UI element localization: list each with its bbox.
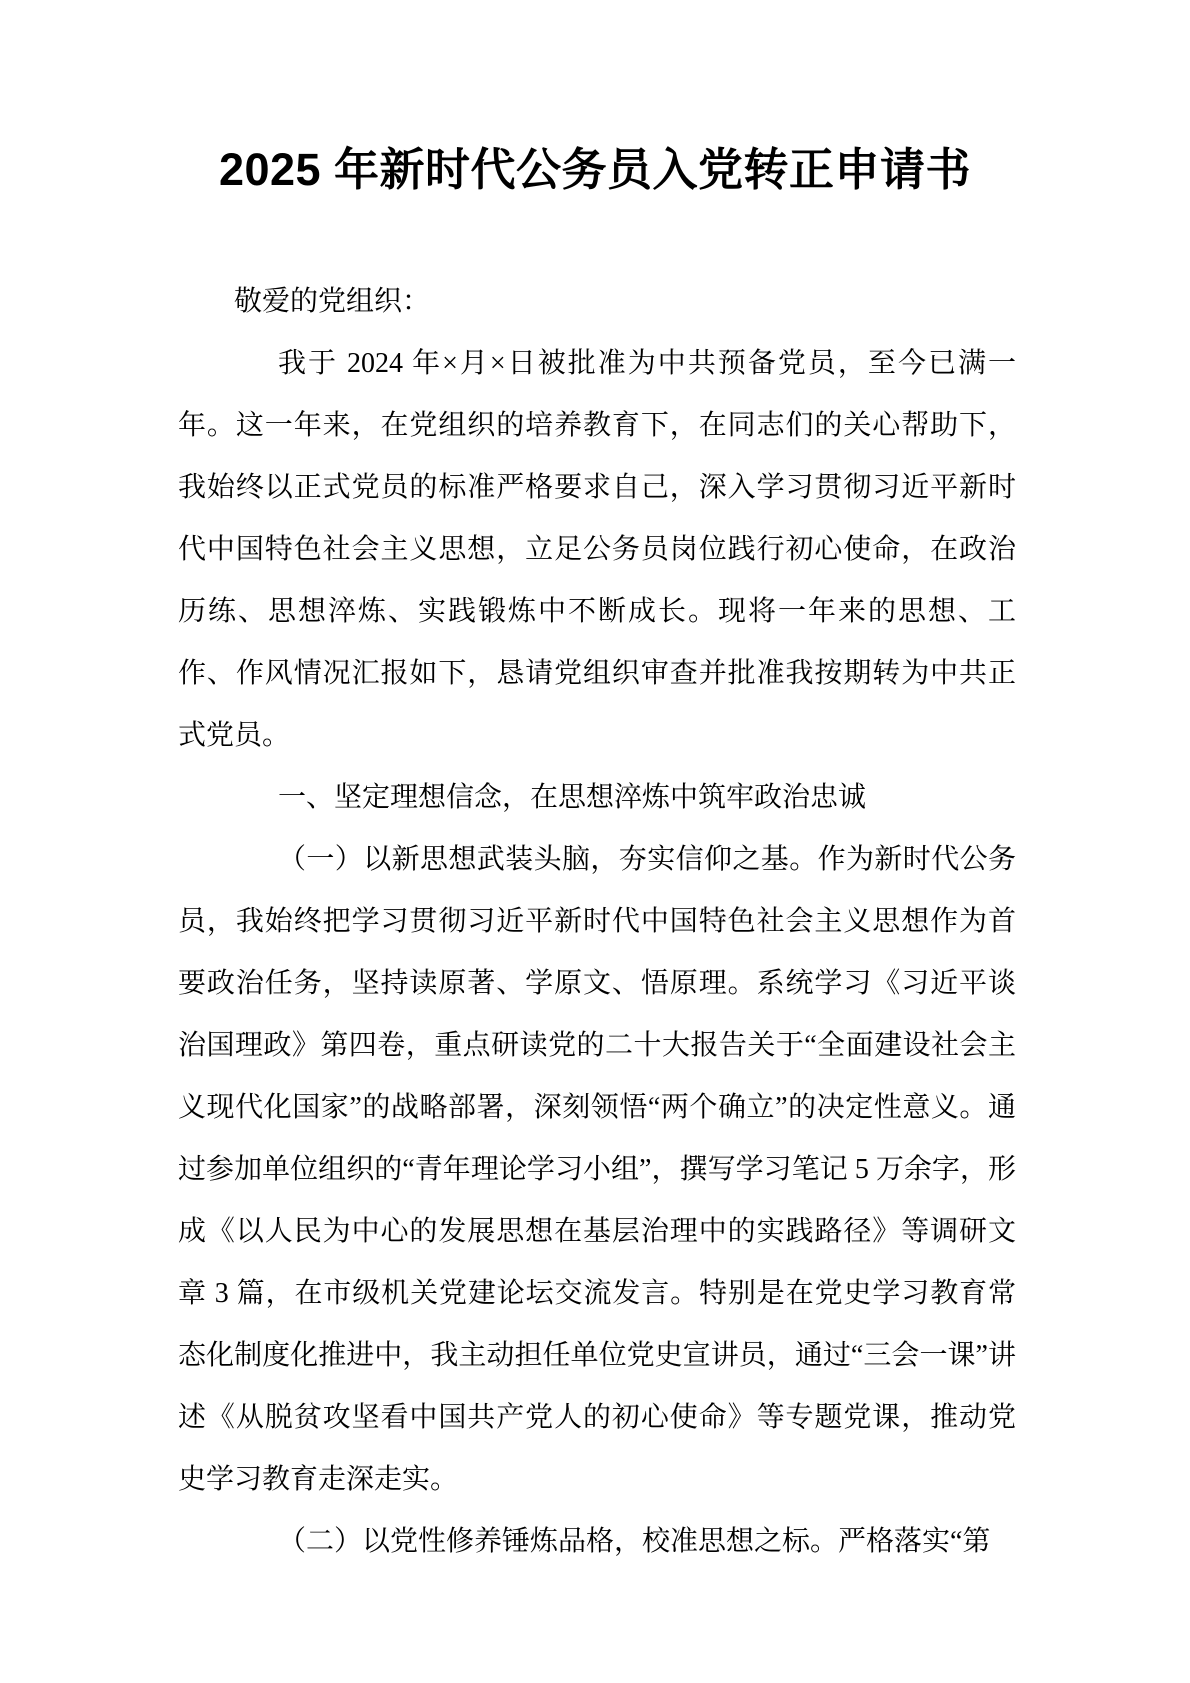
document-page: 2025 年新时代公务员入党转正申请书 敬爱的党组织： 我于 2024 年×月×… bbox=[0, 0, 1190, 1683]
document-title: 2025 年新时代公务员入党转正申请书 bbox=[174, 136, 1016, 204]
salutation: 敬爱的党组织： bbox=[178, 271, 1016, 333]
paragraph: （一）以新思想武装头脑，夯实信仰之基。作为新时代公务员，我始终把学习贯彻习近平新… bbox=[178, 829, 1016, 1511]
document-body: 敬爱的党组织： 我于 2024 年×月×日被批准为中共预备党员，至今已满一年。这… bbox=[178, 271, 1016, 1573]
paragraph: 我于 2024 年×月×日被批准为中共预备党员，至今已满一年。这一年来，在党组织… bbox=[178, 333, 1016, 767]
paragraph: （二）以党性修养锤炼品格，校准思想之标。严格落实“第 bbox=[178, 1511, 1016, 1573]
section-heading: 一、坚定理想信念，在思想淬炼中筑牢政治忠诚 bbox=[178, 767, 1016, 829]
